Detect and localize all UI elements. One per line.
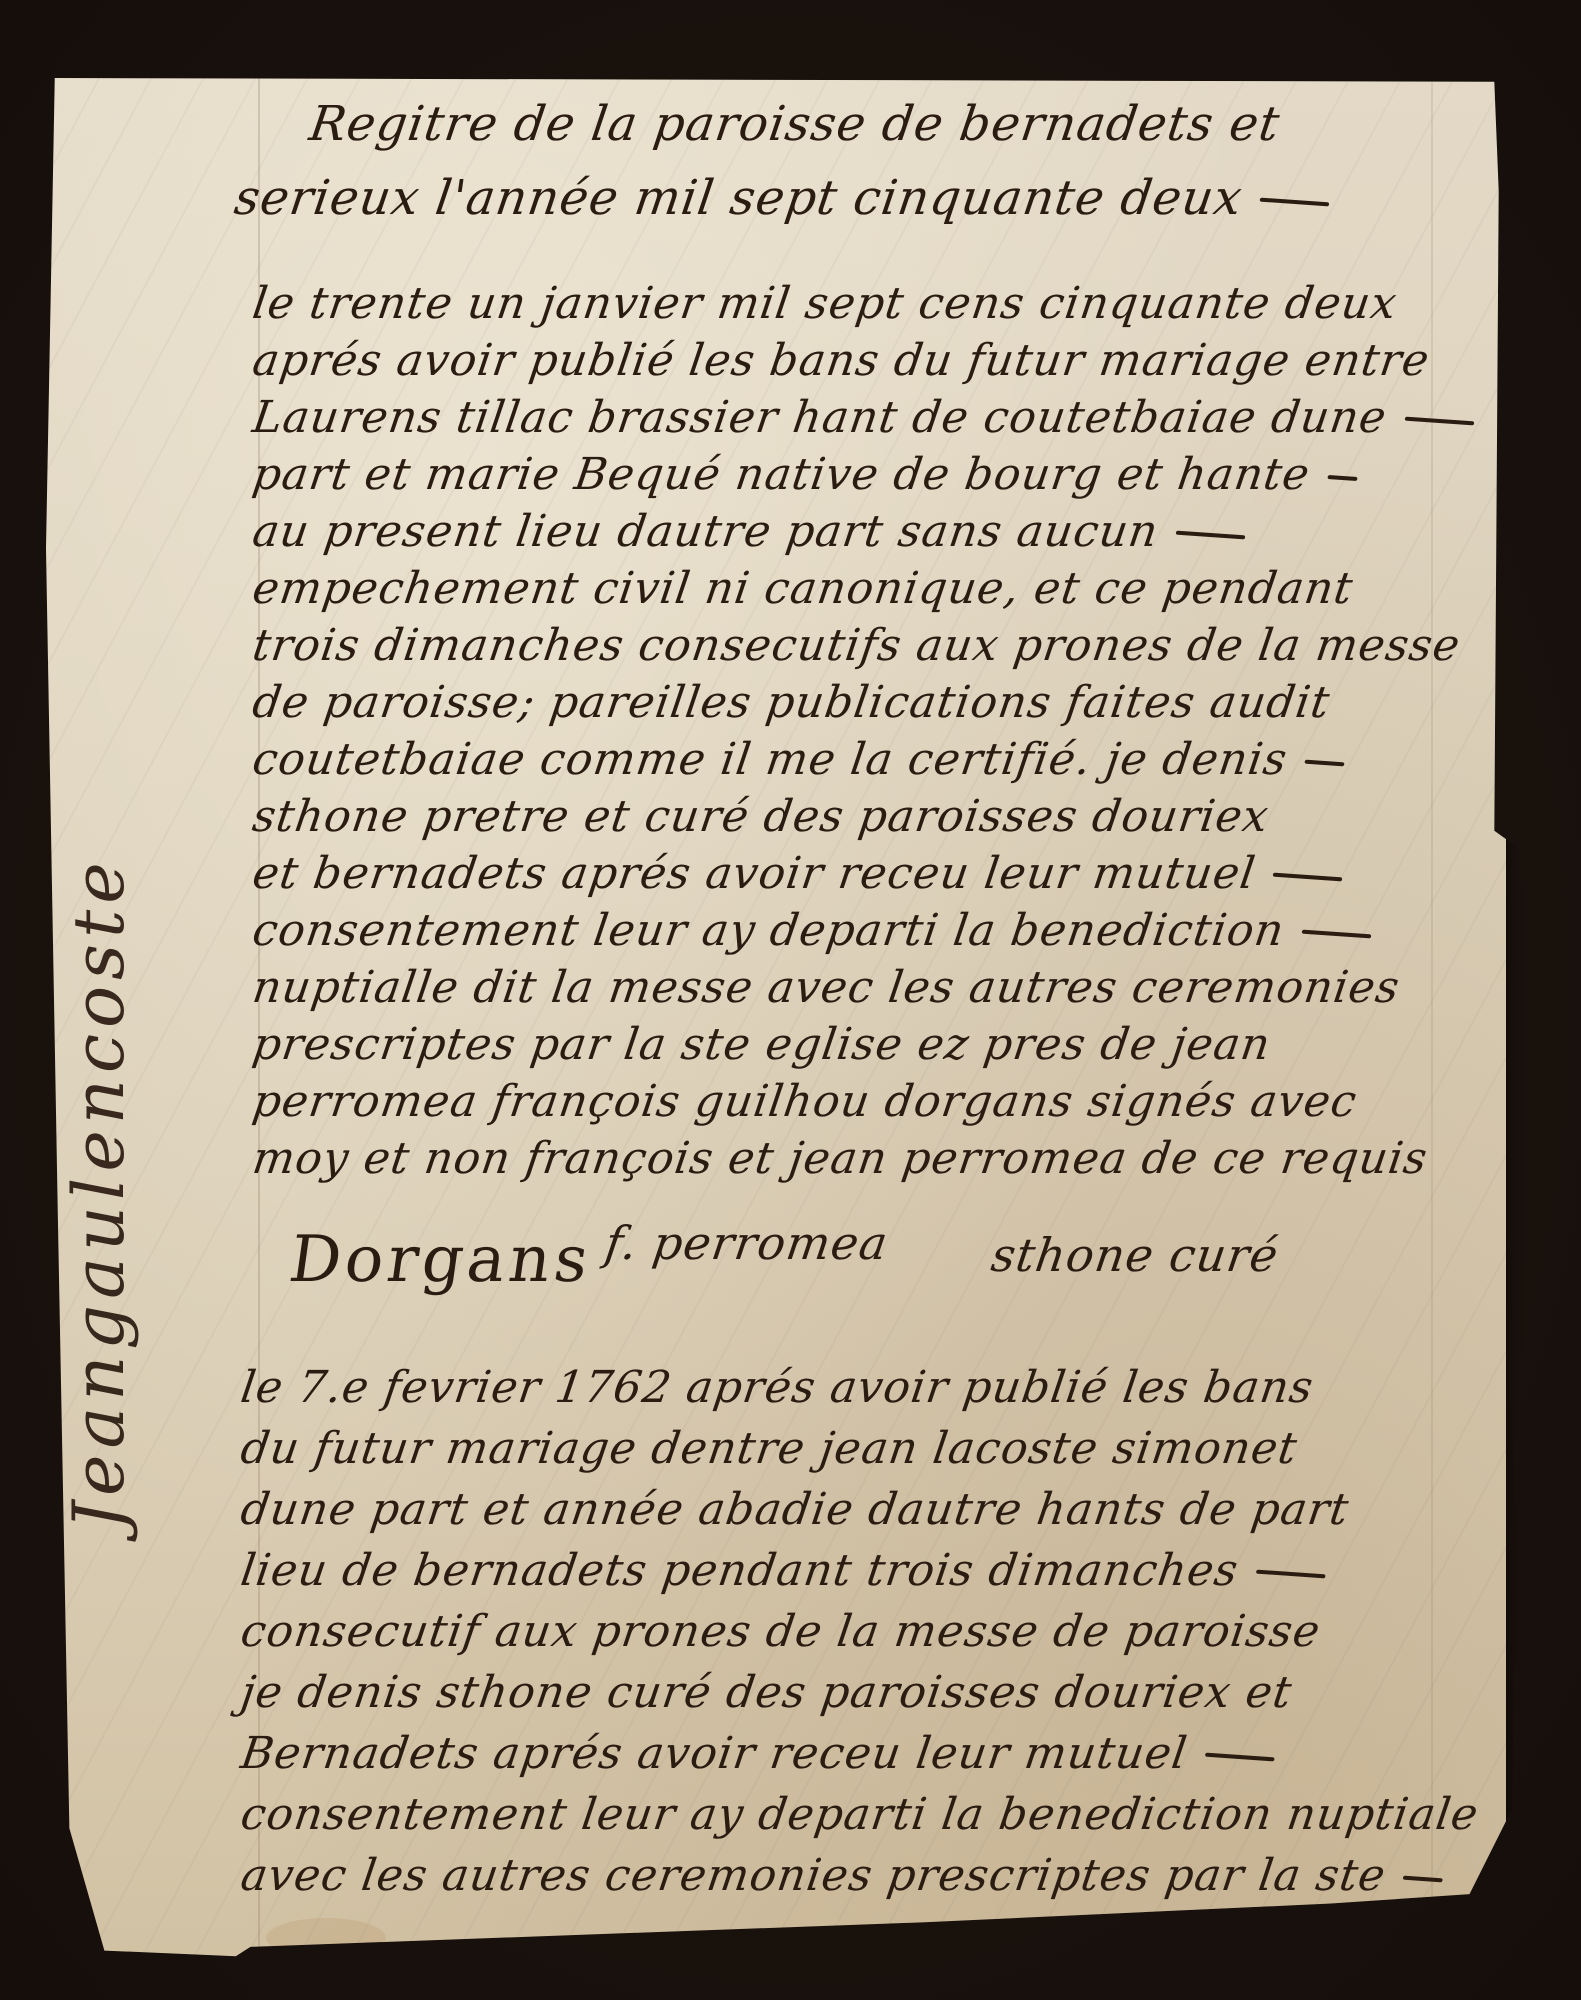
entry-line: trois dimanches consecutifs aux prones d… [248,624,1526,681]
marriage-entry-2: le 7.e fevrier 1762 aprés avoir publié l… [240,1366,1510,1915]
entry-line: et bernadets aprés avoir receu leur mutu… [248,852,1526,909]
line-filler-dash [1302,929,1372,938]
entry-line: sthone pretre et curé des paroisses dour… [248,795,1526,852]
header-line-2: serieux l'année mil sept cinquante deux [232,174,1564,222]
entry-line: du futur mariage dentre jean lacoste sim… [236,1427,1515,1488]
line-filler-dash [1404,416,1474,425]
entry-line: Bernadets aprés avoir receu leur mutuel [236,1732,1515,1793]
entry-line: aprés avoir publié les bans du futur mar… [248,339,1526,396]
entry-line: le 7.e fevrier 1762 aprés avoir publié l… [236,1366,1515,1427]
entry-line-text: consentement leur ay departi la benedict… [249,905,1287,956]
header-line-2-text: serieux l'année mil sept cinquante deux [231,170,1246,226]
entry-line-text: part et marie Bequé native de bourg et h… [249,449,1313,500]
water-stain [1146,1908,1366,1958]
entry-line-text: avec les autres ceremonies prescriptes p… [238,1850,1390,1901]
signature-row: Dorgans f. perromea sthone curé [286,1228,1565,1292]
entry-line: je denis sthone curé des paroisses douri… [236,1671,1515,1732]
entry-line: au present lieu dautre part sans aucun [248,510,1526,567]
entry-line: lieu de bernadets pendant trois dimanche… [236,1549,1515,1610]
signature-cure: sthone curé [988,1228,1282,1282]
entry-line: consentement leur ay departi la benedict… [236,1793,1515,1854]
entry-1-signatures: Dorgans f. perromea sthone curé [290,1228,1560,1292]
margin-note: Jeangaulencoste [58,856,140,1530]
signature-perromea: f. perromea [602,1216,892,1270]
marriage-entry-1: le trente un janvier mil sept cens cinqu… [252,282,1522,1194]
register-header: Regitre de la paroisse de bernadets et s… [290,100,1560,222]
line-filler-dash [1403,1875,1443,1882]
entry-line-text: Laurens tillac brassier hant de coutetba… [249,392,1390,443]
line-filler-dash [1327,474,1357,480]
signature-dorgans: Dorgans [285,1223,597,1297]
scanned-document: Jeangaulencoste Regitre de la paroisse d… [0,0,1581,2000]
entry-line: dune part et année abadie dautre hants d… [236,1488,1515,1549]
entry-line: prescriptes par la ste eglise ez pres de… [248,1023,1526,1080]
entry-line: consentement leur ay departi la benedict… [248,909,1526,966]
line-filler-dash [1260,197,1330,206]
entry-line: de paroisse; pareilles publications fait… [248,681,1526,738]
entry-line: nuptialle dit la messe avec les autres c… [248,966,1526,1023]
entry-line: part et marie Bequé native de bourg et h… [248,453,1526,510]
entry-line: Laurens tillac brassier hant de coutetba… [248,396,1526,453]
entry-line: consecutif aux prones de la messe de par… [236,1610,1515,1671]
entry-line-text: au present lieu dautre part sans aucun [249,506,1161,557]
entry-line: coutetbaiae comme il me la certifié. je … [248,738,1526,795]
line-filler-dash [1176,530,1246,539]
line-filler-dash [1205,1752,1275,1761]
entry-line: empechement civil ni canonique, et ce pe… [248,567,1526,624]
entry-line-text: Bernadets aprés avoir receu leur mutuel [238,1728,1191,1779]
header-line-1: Regitre de la paroisse de bernadets et [307,100,1564,148]
line-filler-dash [1273,872,1343,881]
line-filler-dash [1304,759,1344,766]
entry-line: avec les autres ceremonies prescriptes p… [236,1854,1515,1915]
entry-line: moy et non françois et jean perromea de … [248,1137,1526,1194]
entry-line: perromea françois guilhou dorgans signés… [248,1080,1526,1137]
water-stain [266,1918,386,1958]
entry-line: le trente un janvier mil sept cens cinqu… [248,282,1526,339]
entry-line-text: lieu de bernadets pendant trois dimanche… [238,1545,1242,1596]
line-filler-dash [1256,1569,1326,1578]
entry-line-text: coutetbaiae comme il me la certifié. je … [249,734,1290,785]
entry-line-text: et bernadets aprés avoir receu leur mutu… [249,848,1259,899]
